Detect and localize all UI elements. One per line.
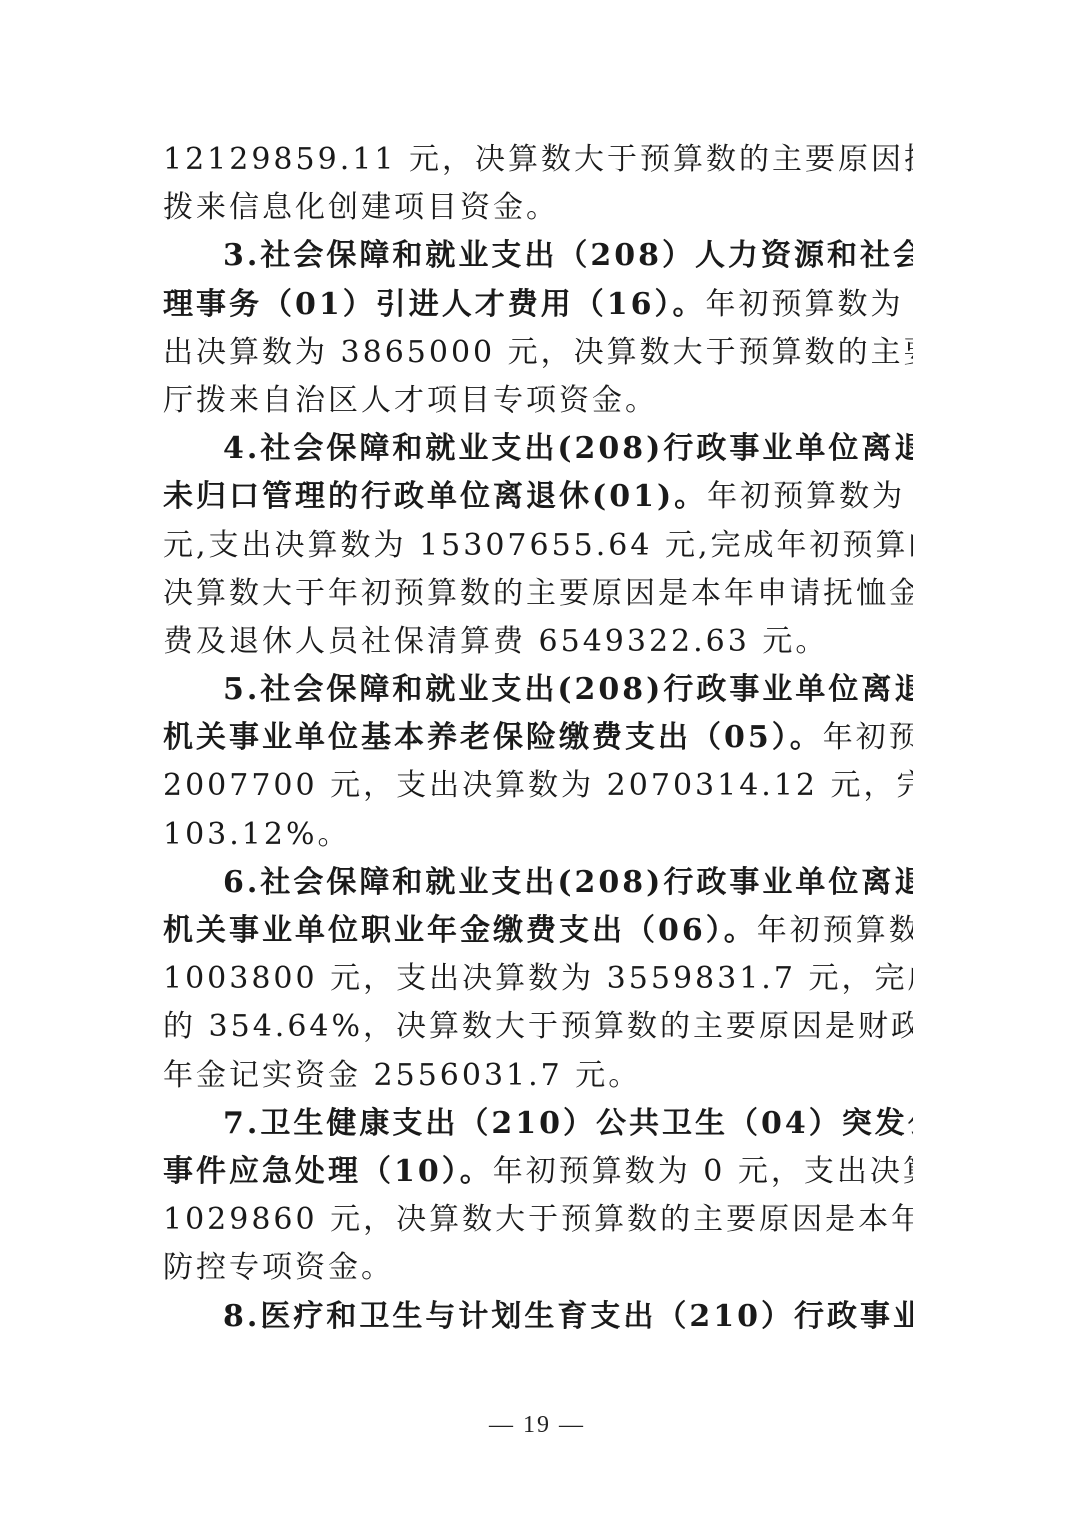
text-line: 防控专项资金。 bbox=[163, 1244, 913, 1292]
item-heading-tail: 事件应急处理（10）。 bbox=[163, 1154, 493, 1189]
item-heading-tail: 理事务（01）引进人才费用（16）。 bbox=[163, 287, 706, 322]
text-line: 决算数大于年初预算数的主要原因是本年申请抚恤金丧葬 bbox=[163, 570, 913, 618]
text-line: 12129859.11 元，决算数大于预算数的主要原因拨来财政厅 bbox=[163, 136, 913, 184]
item-heading: 3.社会保障和就业支出（208）人力资源和社会保障管 bbox=[163, 232, 913, 280]
page-number: — 19 — bbox=[0, 1412, 1074, 1439]
text-line: 费及退休人员社保清算费 6549322.63 元。 bbox=[163, 618, 913, 666]
item-body-start: 年初预算数为 bbox=[823, 720, 913, 755]
document-page: 12129859.11 元，决算数大于预算数的主要原因拨来财政厅 拨来信息化创建… bbox=[163, 136, 913, 1341]
item-heading: 4.社会保障和就业支出(208)行政事业单位离退休(05) bbox=[163, 425, 913, 473]
item-heading-continuation: 机关事业单位职业年金缴费支出（06）。年初预算数为 bbox=[163, 907, 913, 955]
item-heading-continuation: 事件应急处理（10）。年初预算数为 0 元，支出决算数为 bbox=[163, 1148, 913, 1196]
text-line: 103.12%。 bbox=[163, 811, 913, 859]
item-heading-continuation: 理事务（01）引进人才费用（16）。年初预算数为 0 元，支 bbox=[163, 281, 913, 329]
text-line: 1029860 元，决算数大于预算数的主要原因是本年申请疫情 bbox=[163, 1196, 913, 1244]
item-body-start: 年初预算数为 bbox=[757, 913, 913, 948]
text-line: 的 354.64%，决算数大于预算数的主要原因是财政拨来职业 bbox=[163, 1003, 913, 1051]
text-line: 2007700 元，支出决算数为 2070314.12 元，完成年初预算的 bbox=[163, 762, 913, 810]
item-heading-tail: 机关事业单位基本养老保险缴费支出（05）。 bbox=[163, 720, 823, 755]
item-heading: 6.社会保障和就业支出(208)行政事业单位离退休(05) bbox=[163, 859, 913, 907]
item-heading: 8.医疗和卫生与计划生育支出（210）行政事业单位医 bbox=[163, 1293, 913, 1341]
text-line: 年金记实资金 2556031.7 元。 bbox=[163, 1052, 913, 1100]
item-heading-tail: 机关事业单位职业年金缴费支出（06）。 bbox=[163, 913, 757, 948]
text-line: 出决算数为 3865000 元，决算数大于预算数的主要原因财政 bbox=[163, 329, 913, 377]
text-line: 厅拨来自治区人才项目专项资金。 bbox=[163, 377, 913, 425]
item-heading-continuation: 机关事业单位基本养老保险缴费支出（05）。年初预算数为 bbox=[163, 714, 913, 762]
item-body-start: 年初预算数为 0 元，支 bbox=[706, 287, 914, 322]
text-line: 拨来信息化创建项目资金。 bbox=[163, 184, 913, 232]
item-heading: 7.卫生健康支出（210）公共卫生（04）突发公共卫生 bbox=[163, 1100, 913, 1148]
item-body-start: 年初预算数为 9049300 bbox=[707, 479, 913, 514]
item-heading-tail: 未归口管理的行政单位离退休(01)。 bbox=[163, 479, 707, 514]
text-line: 1003800 元，支出决算数为 3559831.7 元，完成年初预算数 bbox=[163, 955, 913, 1003]
item-body-start: 年初预算数为 0 元，支出决算数为 bbox=[493, 1154, 913, 1189]
item-heading: 5.社会保障和就业支出(208)行政事业单位离退休(05) bbox=[163, 666, 913, 714]
text-line: 元,支出决算数为 15307655.64 元,完成年初预算的 169.16%, bbox=[163, 522, 913, 570]
item-heading-continuation: 未归口管理的行政单位离退休(01)。年初预算数为 9049300 bbox=[163, 473, 913, 521]
